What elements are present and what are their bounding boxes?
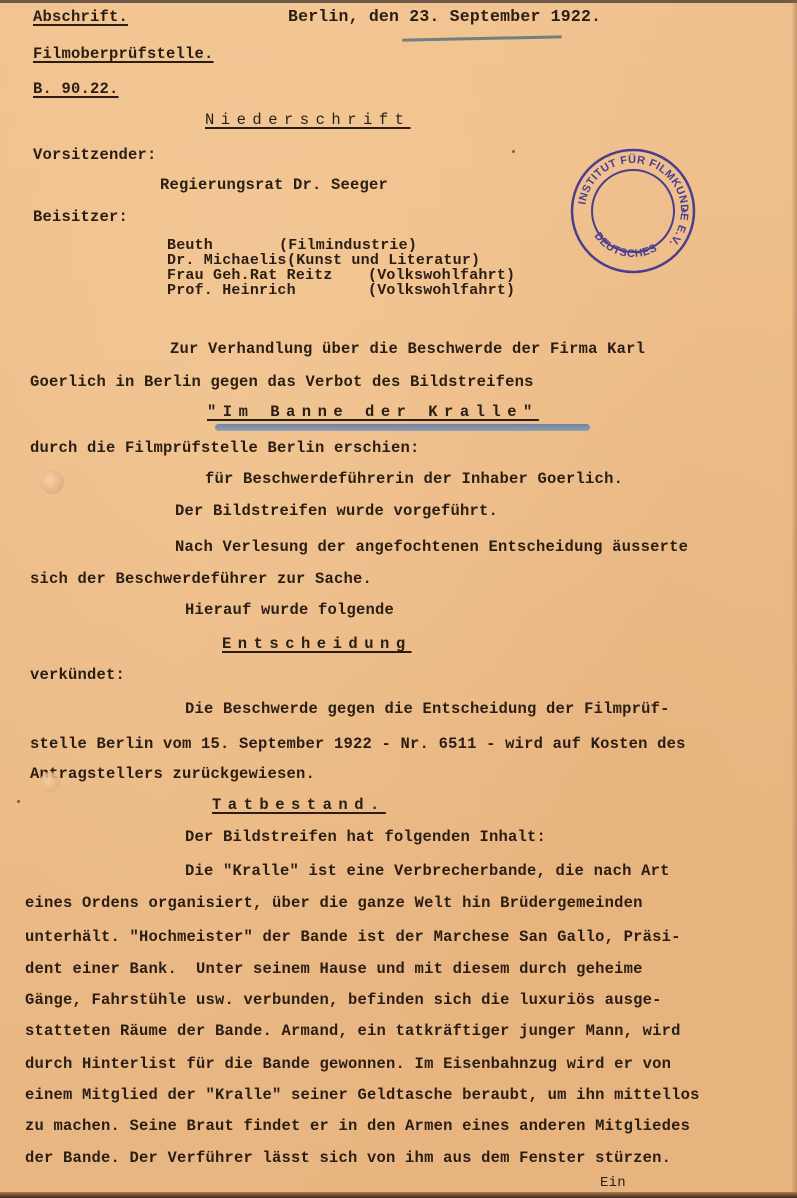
decision-line: Antragstellers zurückgewiesen. bbox=[30, 765, 315, 783]
continuation-word: Ein bbox=[600, 1174, 626, 1192]
assessors-label: Beisitzer: bbox=[33, 208, 128, 226]
authority-name: Filmoberprüfstelle. bbox=[33, 45, 214, 63]
paper-edge bbox=[791, 0, 797, 1198]
intro-line: Zur Verhandlung über die Beschwerde der … bbox=[170, 340, 645, 358]
facts-line: einem Mitglied der "Kralle" seiner Geldt… bbox=[25, 1086, 700, 1104]
facts-line: durch Hinterlist für die Bande gewonnen.… bbox=[25, 1055, 671, 1073]
assessor-name: Prof. Heinrich bbox=[167, 284, 296, 299]
decision-line: stelle Berlin vom 15. September 1922 - N… bbox=[30, 735, 686, 753]
intro-line: für Beschwerdeführerin der Inhaber Goerl… bbox=[205, 470, 623, 488]
intro-line: Goerlich in Berlin gegen das Verbot des … bbox=[30, 373, 534, 391]
decision-line: Die Beschwerde gegen die Entscheidung de… bbox=[185, 700, 670, 718]
chair-name: Regierungsrat Dr. Seeger bbox=[160, 176, 388, 194]
svg-text:DEUTSCHES: DEUTSCHES bbox=[592, 230, 660, 260]
intro-line: Der Bildstreifen wurde vorgeführt. bbox=[175, 502, 498, 520]
intro-line: Nach Verlesung der angefochtenen Entsche… bbox=[175, 538, 688, 556]
facts-line: Gänge, Fahrstühle usw. verbunden, befind… bbox=[25, 991, 662, 1009]
institute-stamp: INSTITUT FÜR FILMKUNDE E.V. DEUTSCHES * bbox=[569, 147, 697, 275]
punch-hole bbox=[40, 470, 64, 494]
film-title: "Im Banne der Kralle" bbox=[207, 403, 539, 421]
facts-line: Die "Kralle" ist eine Verbrecherbande, d… bbox=[185, 862, 670, 880]
document-page: Abschrift. Filmoberprüfstelle. B. 90.22.… bbox=[0, 0, 797, 1198]
intro-line: sich der Beschwerdeführer zur Sache. bbox=[30, 570, 372, 588]
speck bbox=[17, 800, 20, 803]
facts-line: der Bande. Der Verführer lässt sich von … bbox=[25, 1149, 671, 1167]
place-date: Berlin, den 23. September 1922. bbox=[288, 8, 601, 26]
intro-line: durch die Filmprüfstelle Berlin erschien… bbox=[30, 439, 420, 457]
speck bbox=[512, 150, 515, 153]
chair-label: Vorsitzender: bbox=[33, 146, 157, 164]
facts-line: eines Ordens organisiert, über die ganze… bbox=[25, 894, 643, 912]
document-title: Niederschrift bbox=[205, 111, 410, 129]
copy-label: Abschrift. bbox=[33, 8, 128, 26]
facts-line: unterhält. "Hochmeister" der Bande ist d… bbox=[25, 928, 681, 946]
decision-heading: Entscheidung bbox=[222, 635, 412, 653]
facts-line: zu machen. Seine Braut findet er in den … bbox=[25, 1117, 690, 1135]
blue-pencil-underline bbox=[215, 424, 590, 431]
facts-line: dent einer Bank. Unter seinem Hause und … bbox=[25, 960, 643, 978]
facts-heading: Tatbestand. bbox=[212, 796, 386, 814]
assessor-field: (Volkswohlfahrt) bbox=[368, 284, 515, 299]
stain bbox=[40, 772, 60, 792]
decision-announced: verkündet: bbox=[30, 666, 125, 684]
file-number: B. 90.22. bbox=[33, 80, 119, 98]
pencil-underline bbox=[402, 35, 562, 41]
facts-line: statteten Räume der Bande. Armand, ein t… bbox=[25, 1022, 681, 1040]
facts-intro: Der Bildstreifen hat folgenden Inhalt: bbox=[185, 828, 546, 846]
intro-line: Hierauf wurde folgende bbox=[185, 601, 394, 619]
